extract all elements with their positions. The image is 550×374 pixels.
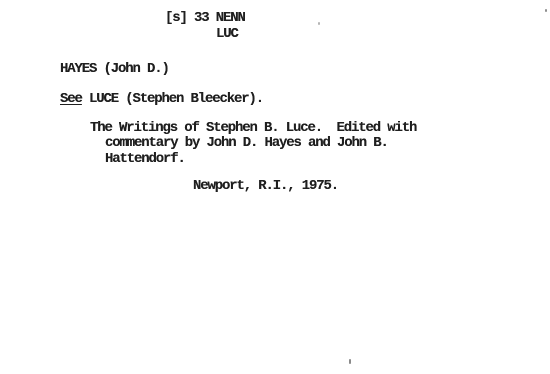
author-heading: HAYES (John D.) [60,61,169,77]
note-line-3: Hattendorf. [105,151,185,167]
call-number-line-1: [s] 33 NENN [165,10,245,26]
see-target: LUCE (Stephen Bleecker). [82,91,263,107]
imprint-line: Newport, R.I., 1975. [193,178,338,194]
scan-speck [318,22,320,25]
scan-speck [349,359,351,364]
catalog-card: [s] 33 NENN LUC HAYES (John D.) See LUCE… [0,0,550,374]
note-line-1: The Writings of Stephen B. Luce. Edited … [90,120,416,136]
note-line-2: commentary by John D. Hayes and John B. [105,135,388,151]
see-label: See [60,91,82,107]
see-reference-line: See LUCE (Stephen Bleecker). [60,91,263,107]
scan-speck [545,9,547,12]
call-number-line-2: LUC [216,26,238,42]
